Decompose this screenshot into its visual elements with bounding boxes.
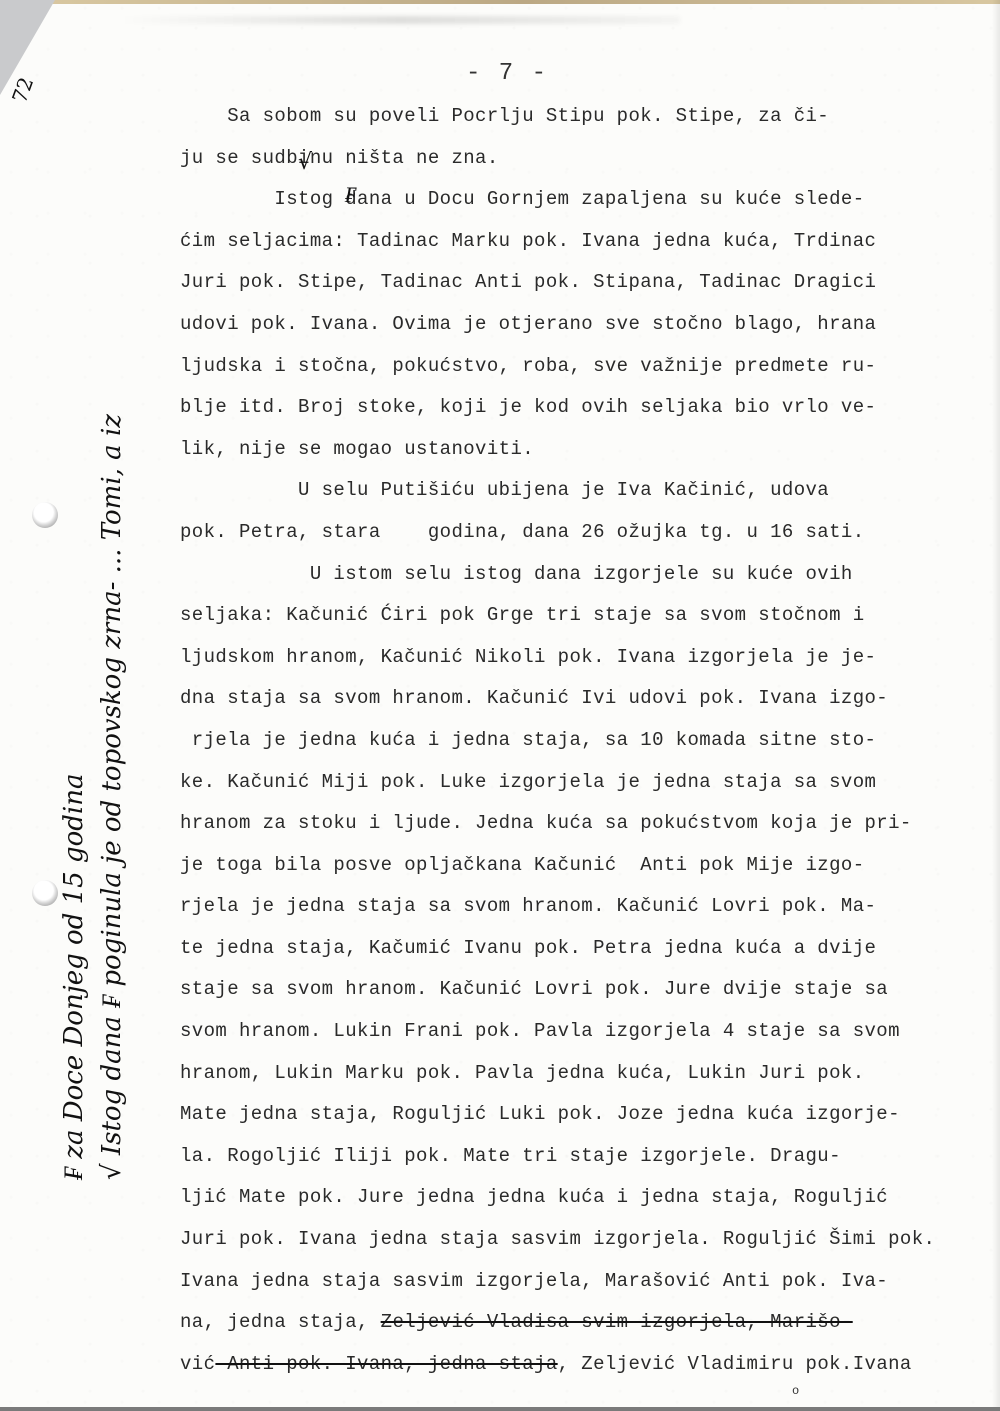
handwritten-insert-mark: ₣ (345, 182, 356, 208)
text-line: udovi pok. Ivana. Ovima je otjerano sve … (180, 304, 970, 346)
text-line: lik, nije se mogao ustanoviti. (180, 429, 970, 471)
text-line: seljaka: Kačunić Ćiri pok Grge tri staje… (180, 595, 970, 637)
text-line: dna staja sa svom hranom. Kačunić Ivi ud… (180, 678, 970, 720)
struck-text: Zeljević Vladisa svim izgorjela, Marišo- (381, 1311, 853, 1333)
scan-smudge (120, 16, 680, 24)
text-line: Sa sobom su poveli Pocrlju Stipu pok. St… (180, 96, 970, 138)
text-line: hranom, Lukin Marku pok. Pavla jedna kuć… (180, 1053, 970, 1095)
text-line: U selu Putišiću ubijena je Iva Kačinić, … (180, 470, 970, 512)
text-line: blje itd. Broj stoke, koji je kod ovih s… (180, 387, 970, 429)
text-line: ljić Mate pok. Jure jedna jedna kuća i j… (180, 1177, 970, 1219)
text-line: ke. Kačunić Miji pok. Luke izgorjela je … (180, 762, 970, 804)
text-line: Istog dana u Docu Gornjem zapaljena su k… (180, 179, 970, 221)
text-line: Juri pok. Ivana jedna staja sasvim izgor… (180, 1219, 970, 1261)
text-line-with-strikethrough: vić Anti pok. Ivana, jedna staja, Zeljev… (180, 1344, 970, 1386)
struck-text: Anti pok. Ivana, jedna staja (215, 1353, 557, 1375)
handwritten-check-mark: √ (298, 150, 312, 175)
text-line: Ivana jedna staja sasvim izgorjela, Mara… (180, 1261, 970, 1303)
text-line: Juri pok. Stipe, Tadinac Anti pok. Stipa… (180, 262, 970, 304)
page-right-edge (992, 0, 1000, 1411)
text-line: te jedna staja, Kačumić Ivanu pok. Petra… (180, 928, 970, 970)
ink-mark: o (792, 1384, 799, 1398)
margin-note-line-2: √ Istog dana ₣ poginula je od topovskog … (93, 414, 131, 1180)
text-line: svom hranom. Lukin Frani pok. Pavla izgo… (180, 1011, 970, 1053)
punch-hole (32, 880, 58, 906)
text-line: U istom selu istog dana izgorjele su kuć… (180, 554, 970, 596)
page-number-header: - 7 - (466, 60, 548, 87)
text-line: ljudskom hranom, Kačunić Nikoli pok. Iva… (180, 637, 970, 679)
text-line: je toga bila posve opljačkana Kačunić An… (180, 845, 970, 887)
text-line: hranom za stoku i ljude. Jedna kuća sa p… (180, 803, 970, 845)
page-top-edge (50, 0, 1000, 4)
text-line: Mate jedna staja, Roguljić Luki pok. Joz… (180, 1094, 970, 1136)
punch-hole (32, 502, 58, 528)
typewritten-body: Sa sobom su poveli Pocrlju Stipu pok. St… (180, 96, 970, 1385)
scanned-page: 72 - 7 - Sa sobom su poveli Pocrlju Stip… (0, 0, 1000, 1411)
margin-note-line-1: ₣ za Doce Donjeg od 15 godina (55, 414, 93, 1180)
text-line: ćim seljacima: Tadinac Marku pok. Ivana … (180, 221, 970, 263)
text-line-with-strikethrough: na, jedna staja, Zeljević Vladisa svim i… (180, 1302, 970, 1344)
text-line: pok. Petra, stara godina, dana 26 ožujka… (180, 512, 970, 554)
text-line: ljudska i stočna, pokućstvo, roba, sve v… (180, 346, 970, 388)
page-bottom-edge (0, 1407, 1000, 1411)
text-line: rjela je jedna staja sa svom hranom. Kač… (180, 886, 970, 928)
text-line: staje sa svom hranom. Kačunić Lovri pok.… (180, 969, 970, 1011)
text-line: la. Rogoljić Iliji pok. Mate tri staje i… (180, 1136, 970, 1178)
text-line: rjela je jedna kuća i jedna staja, sa 10… (180, 720, 970, 762)
handwritten-margin-note: ₣ za Doce Donjeg od 15 godina √ Istog da… (55, 414, 131, 1180)
